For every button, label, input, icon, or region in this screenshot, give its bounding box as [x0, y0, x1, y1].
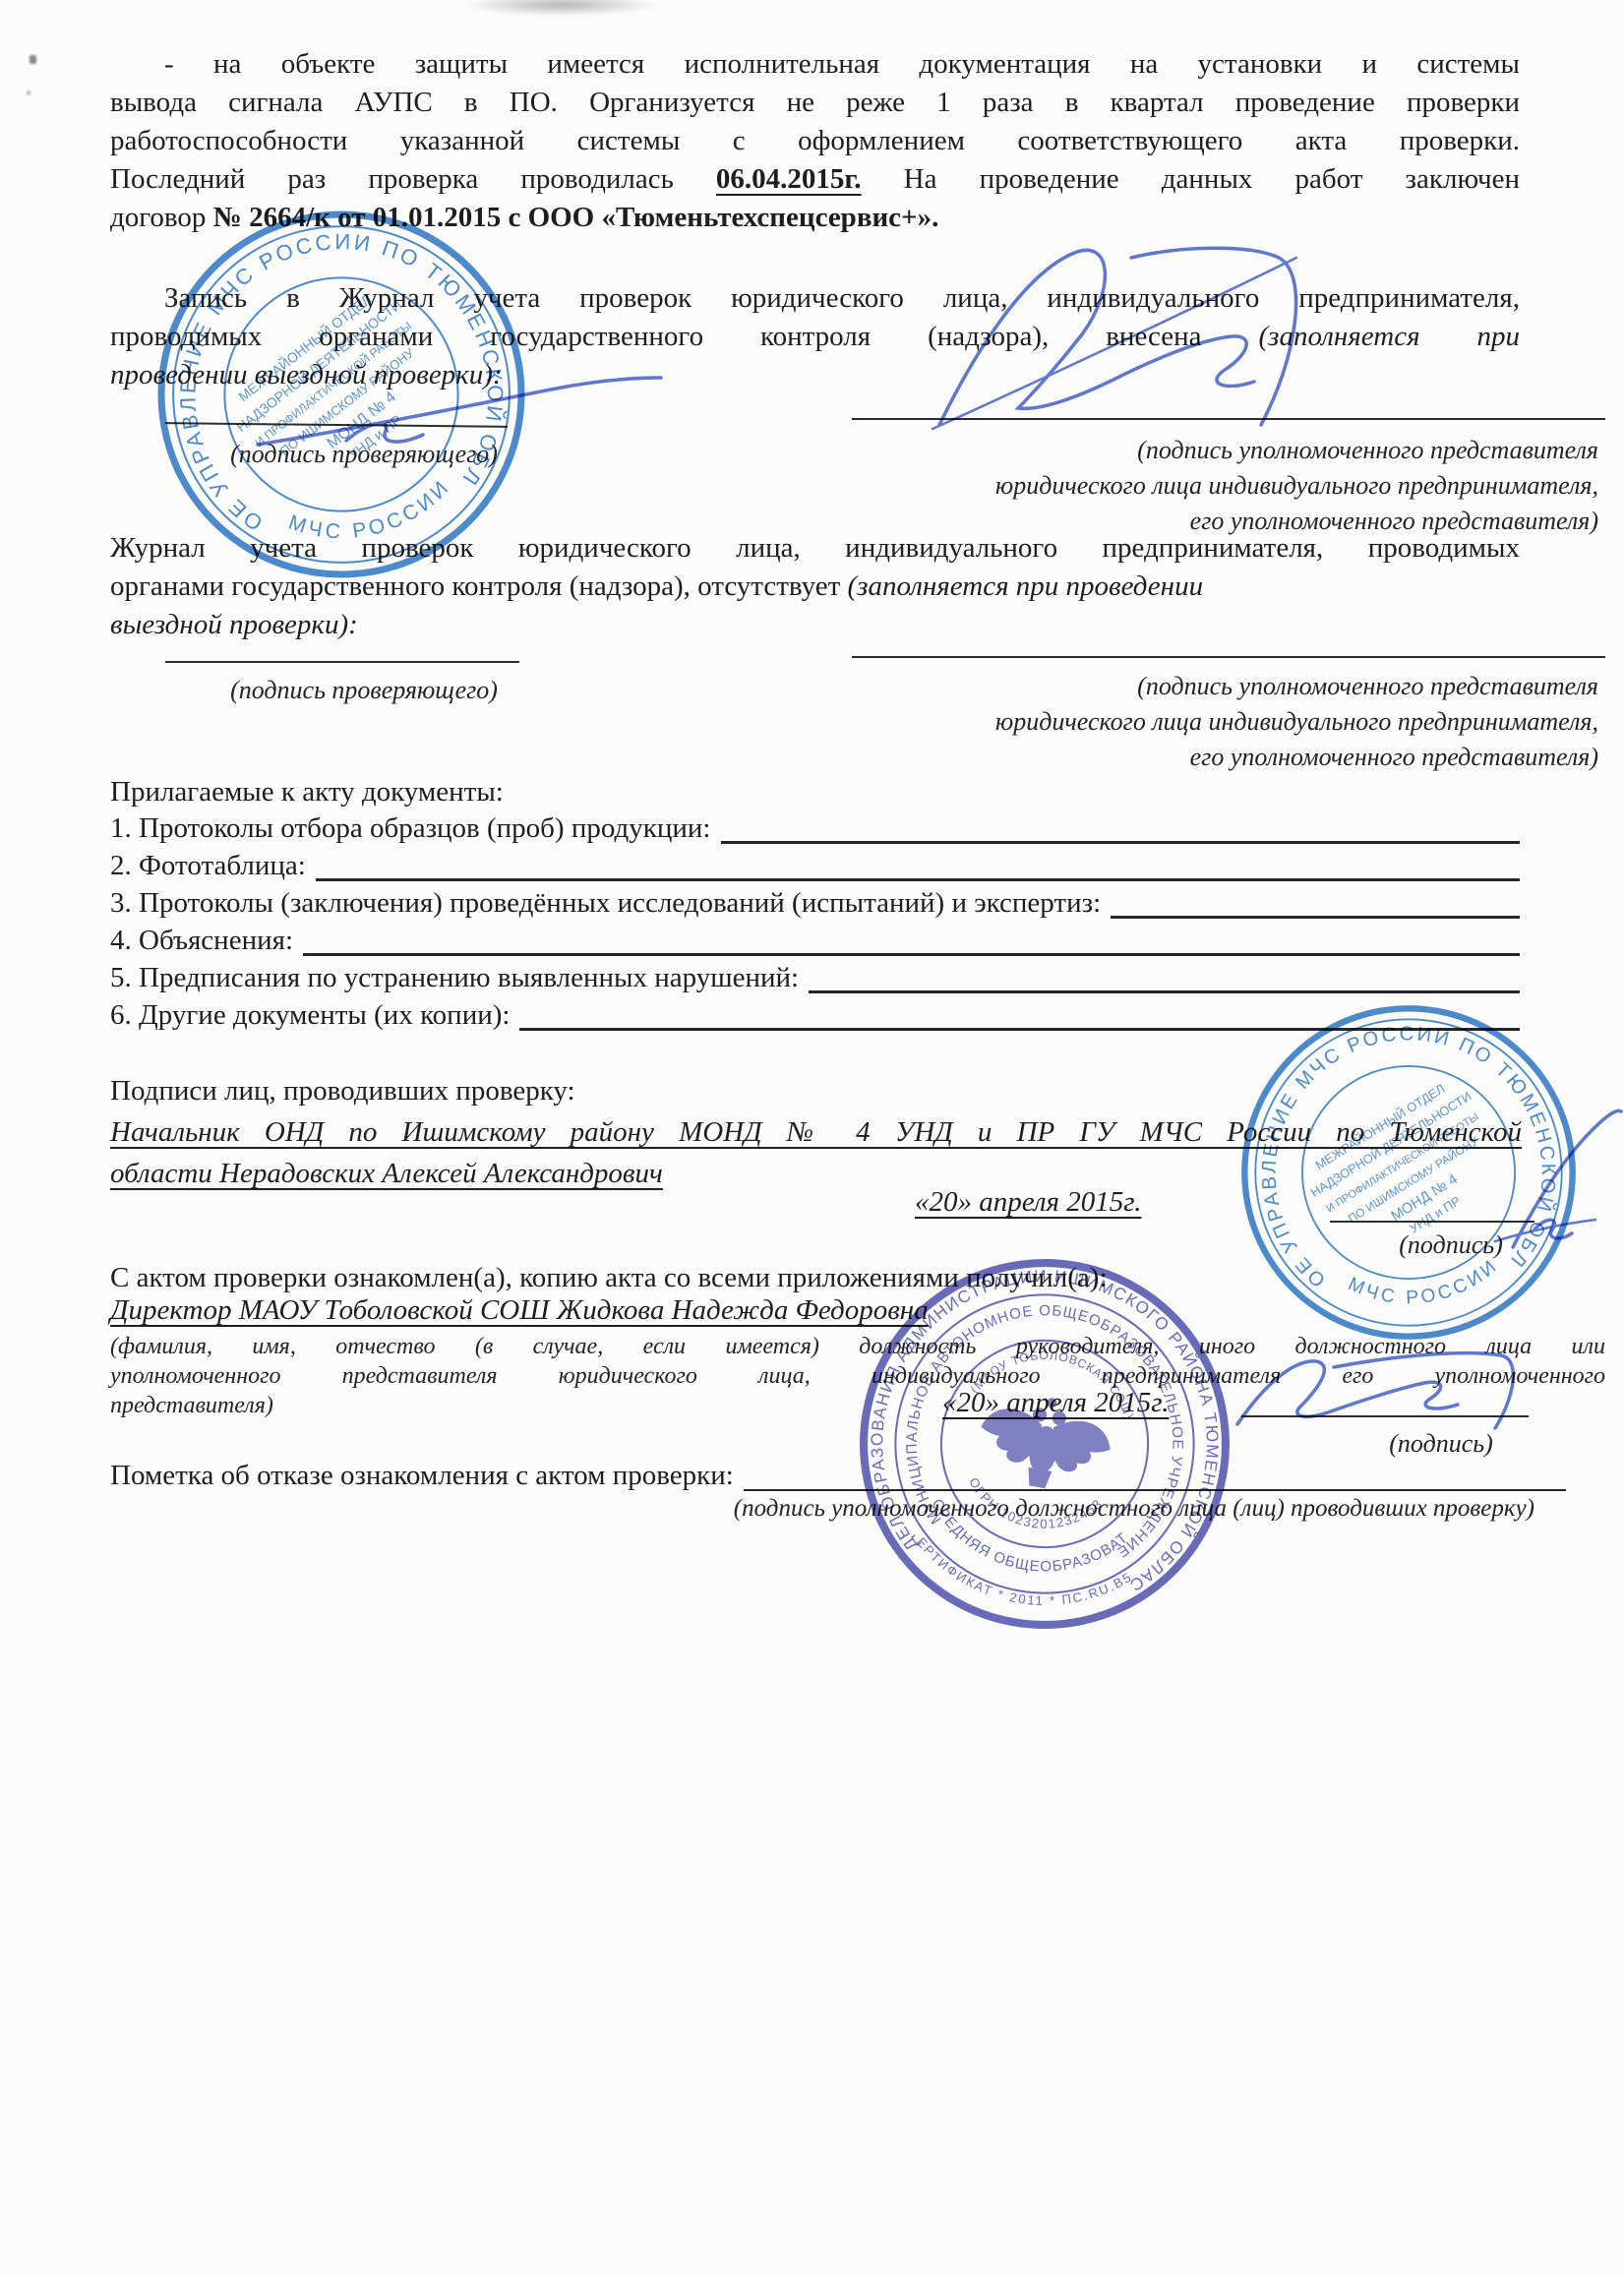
- stamp-text: ОТДЕЛ ОБРАЗОВАНИЯ АДМИНИСТРАЦИИ ИШИМСКОГ…: [841, 1237, 1251, 1637]
- text-italic: (заполняется при проведении: [848, 570, 1204, 602]
- list-item: 3. Протоколы (заключения) проведённых ис…: [110, 885, 1520, 923]
- text-line: вывода сигнала АУПС в ПО. Организуется н…: [110, 84, 1520, 122]
- stamp-school-seal: ОТДЕЛ ОБРАЗОВАНИЯ АДМИНИСТРАЦИИ ИШИМСКОГ…: [826, 1226, 1264, 1663]
- text: (подпись): [1389, 1429, 1493, 1458]
- text: 3. Протоколы (заключения) проведённых ис…: [110, 884, 1101, 923]
- list-item: 1. Протоколы отбора образцов (проб) прод…: [110, 810, 1520, 848]
- caption-signature: (подпись): [1362, 1426, 1520, 1462]
- text: Директор МАОУ Тоболовской СОШ Жидкова На…: [110, 1294, 929, 1326]
- scan-artifact: [462, 0, 659, 16]
- attached-documents-list: Прилагаемые к акту документы: 1. Протоко…: [110, 773, 1520, 1035]
- text: Подписи лиц, проводивших проверку:: [110, 1075, 575, 1107]
- text-line: выездной проверки):: [110, 606, 1520, 644]
- stamp-text: ГЛАВНОЕ УПРАВЛЕНИЕ МЧС РОССИИ ПО ТЮМЕНСК…: [140, 194, 538, 579]
- refusal-row: Пометка об отказе ознакомления с актом п…: [110, 1462, 1566, 1495]
- text: (подпись уполномоченного представителя: [875, 433, 1598, 468]
- signature-blank-line: [852, 418, 1605, 420]
- text: (МАОУ ТОБОЛОВСКАЯ СОШ): [967, 1335, 1146, 1423]
- signature-blank-line: [165, 661, 519, 663]
- blank-line: [809, 990, 1520, 993]
- text: (подпись уполномоченного представителя: [875, 669, 1598, 704]
- text: работоспособности указанной системы с оф…: [110, 125, 1520, 156]
- text: - на объекте защиты имеется исполнительн…: [164, 48, 1520, 80]
- caption-representative-signature: (подпись уполномоченного представителя ю…: [875, 669, 1598, 775]
- list-item: 2. Фототаблица:: [110, 848, 1520, 885]
- text: 1. Протоколы отбора образцов (проб) прод…: [110, 809, 711, 848]
- text-line: - на объекте защиты имеется исполнительн…: [110, 45, 1520, 84]
- signature-blank-line: [1241, 1415, 1529, 1417]
- text: договор: [110, 202, 213, 233]
- text: 6. Другие документы (их копии):: [110, 996, 510, 1035]
- scan-artifact: [30, 55, 36, 64]
- scan-artifact: [27, 90, 30, 95]
- signature-blank-line: [852, 656, 1605, 658]
- text: юридического лица индивидуального предпр…: [875, 704, 1598, 740]
- eagle-tail: [1025, 1468, 1052, 1489]
- eagle-crown: [1047, 1397, 1058, 1408]
- text: вывода сигнала АУПС в ПО. Организуется н…: [110, 87, 1520, 118]
- text: 4. Объяснения:: [110, 922, 293, 960]
- text: «20» апреля 2015г.: [915, 1186, 1141, 1218]
- text: Пометка об отказе ознакомления с актом п…: [110, 1457, 734, 1495]
- refusal-line: Пометка об отказе ознакомления с актом п…: [110, 1462, 1566, 1495]
- text-italic: (заполняется при: [1259, 321, 1521, 352]
- list-item: 4. Объяснения:: [110, 923, 1520, 960]
- double-headed-eagle-icon: [973, 1387, 1117, 1499]
- text: его уполномоченного представителя): [875, 740, 1598, 775]
- stamp-mchs-seal: ГЛАВНОЕ УПРАВЛЕНИЕ МЧС РОССИИ ПО ТЮМЕНСК…: [1215, 979, 1601, 1365]
- director-name-title: Директор МАОУ Тоболовской СОШ Жидкова На…: [110, 1294, 929, 1327]
- text: Прилагаемые к акту документы:: [110, 776, 504, 808]
- stamp-ring: [1289, 1052, 1529, 1292]
- blank-line: [1111, 916, 1520, 919]
- scanned-inspection-act-page: - на объекте защиты имеется исполнительн…: [0, 0, 1624, 2277]
- text-line: Последний раз проверка проводилась 06.04…: [110, 160, 1520, 199]
- blank-line: [303, 953, 1520, 956]
- list-header: Прилагаемые к акту документы:: [110, 773, 1520, 810]
- text: 5. Предписания по устранению выявленных …: [110, 959, 799, 997]
- caption-representative-signature: (подпись уполномоченного представителя ю…: [875, 433, 1598, 539]
- blank-line: [721, 841, 1521, 844]
- signers-header: Подписи лиц, проводивших проверку:: [110, 1072, 575, 1110]
- caption-inspector-signature: (подпись проверяющего): [187, 673, 541, 708]
- last-check-date: 06.04.2015г.: [716, 163, 862, 195]
- text-line: работоспособности указанной системы с оф…: [110, 122, 1520, 160]
- text: юридического лица индивидуального предпр…: [875, 468, 1598, 504]
- text: уполномоченного представителя юридическо…: [110, 1361, 1605, 1391]
- stamp-ring-text: (МАОУ ТОБОЛОВСКАЯ СОШ): [967, 1335, 1146, 1423]
- inspection-date: «20» апреля 2015г.: [915, 1186, 1141, 1219]
- text: (подпись проверяющего): [230, 676, 498, 704]
- text: На проведение данных работ заключен: [862, 163, 1520, 195]
- blank-line: [316, 878, 1520, 881]
- list-item: 5. Предписания по устранению выявленных …: [110, 960, 1520, 997]
- text: 2. Фототаблица:: [110, 847, 306, 885]
